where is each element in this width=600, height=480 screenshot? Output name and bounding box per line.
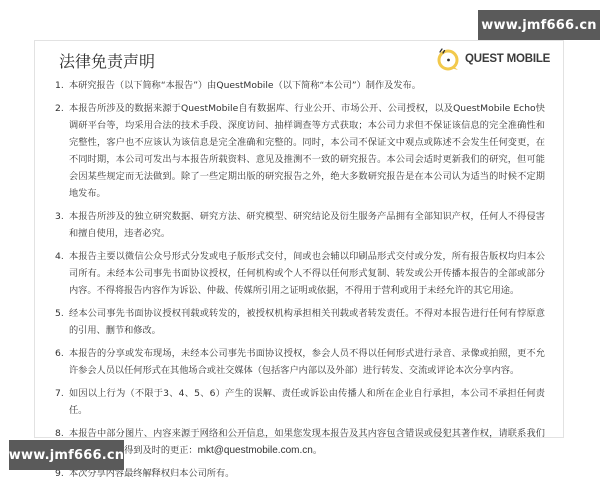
list-item: 3. 本报告所涉及的独立研究数据、研究方法、研究模型、研究结论及衍生服务产品拥有… <box>55 208 545 242</box>
list-item: 4. 本报告主要以微信公众号形式分发或电子版形式交付，间或也会辅以印刷品形式交付… <box>55 248 545 299</box>
list-item-text: 本报告中部分图片、内容来源于网络和公开信息，如果您发现本报告及其内容包含错误或侵… <box>69 425 545 459</box>
list-item: 7. 如因以上行为（不限于3、4、5、6）产生的误解、责任或诉讼由传播人和所在企… <box>55 385 545 419</box>
list-item: 9. 本次分享内容最终解释权归本公司所有。 <box>55 465 545 480</box>
disclaimer-page: 法律免责声明 QUEST MOBILE 1. 本研究报告（以下简称“本报告”）由… <box>34 40 564 438</box>
list-item: 2. 本报告所涉及的数据来源于QuestMobile自有数据库、行业公开、市场公… <box>55 100 545 202</box>
page-title: 法律免责声明 <box>59 49 155 72</box>
quest-mobile-logo: QUEST MOBILE <box>435 46 550 72</box>
list-item: 6. 本报告的分享或发布现场，未经本公司事先书面协议授权，参会人员不得以任何形式… <box>55 345 545 379</box>
watermark-top: www.jmf666.cn <box>478 10 600 40</box>
list-item: 5. 经本公司事先书面协议授权刊载或转发的，被授权机构承担相关刊载或者转发责任。… <box>55 305 545 339</box>
logo-text: QUEST MOBILE <box>465 53 550 65</box>
list-item: 1. 本研究报告（以下简称“本报告”）由QuestMobile（以下简称“本公司… <box>55 77 545 94</box>
disclaimer-list: 1. 本研究报告（以下简称“本报告”）由QuestMobile（以下简称“本公司… <box>55 77 545 480</box>
list-item: 8. 本报告中部分图片、内容来源于网络和公开信息，如果您发现本报告及其内容包含错… <box>55 425 545 459</box>
quest-mobile-logo-icon <box>435 46 461 72</box>
contact-email[interactable]: mkt@questmobile.com.cn <box>198 445 313 456</box>
watermark-bottom: www.jmf666.cn <box>9 440 124 470</box>
